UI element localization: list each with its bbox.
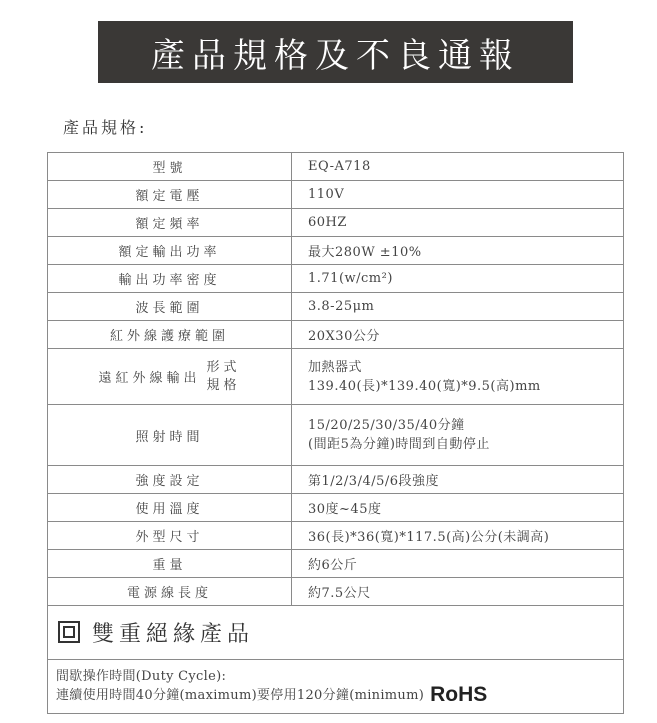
page-title-banner: 產品規格及不良通報 xyxy=(98,21,573,83)
table-row: 波長範圍 3.8-25μm xyxy=(48,293,624,321)
spec-value: 約7.5公尺 xyxy=(292,578,624,606)
spec-value: 約6公斤 xyxy=(292,550,624,578)
table-row: 強度設定 第1/2/3/4/5/6段強度 xyxy=(48,466,624,494)
table-row: 額定電壓 110V xyxy=(48,181,624,209)
spec-key: 額定輸出功率 xyxy=(48,237,292,265)
table-row-irradiation: 照射時間 15/20/25/30/35/40分鐘 (間距5為分鐘)時間到自動停止 xyxy=(48,405,624,466)
spec-key: 照射時間 xyxy=(48,405,292,466)
irradiation-options: 15/20/25/30/35/40分鐘 xyxy=(308,416,623,435)
spec-key: 使用溫度 xyxy=(48,494,292,522)
spec-value: 30度~45度 xyxy=(292,494,624,522)
insulation-cell: 雙重絕緣產品 xyxy=(48,606,624,660)
spec-key: 紅外線護療範圍 xyxy=(48,321,292,349)
spec-value: 60HZ xyxy=(292,209,624,237)
spec-key: 強度設定 xyxy=(48,466,292,494)
duty-cycle-detail: 連續使用時間40分鐘(maximum)要停用120分鐘(minimum) xyxy=(56,688,424,703)
spec-key: 輸出功率密度 xyxy=(48,265,292,293)
table-row: 紅外線護療範圍 20X30公分 xyxy=(48,321,624,349)
rohs-badge: RoHS xyxy=(430,683,487,706)
table-row: 額定輸出功率 最大280W ±10% xyxy=(48,237,624,265)
irradiation-note: (間距5為分鐘)時間到自動停止 xyxy=(308,435,623,454)
spec-key: 波長範圍 xyxy=(48,293,292,321)
spec-key: 型號 xyxy=(48,153,292,181)
spec-key: 重量 xyxy=(48,550,292,578)
spec-value: 20X30公分 xyxy=(292,321,624,349)
spec-value: 15/20/25/30/35/40分鐘 (間距5為分鐘)時間到自動停止 xyxy=(292,405,624,466)
spec-key: 額定電壓 xyxy=(48,181,292,209)
duty-cycle-title: 間歇操作時間(Duty Cycle): xyxy=(56,668,623,686)
table-row: 重量 約6公斤 xyxy=(48,550,624,578)
duty-cycle-cell: 間歇操作時間(Duty Cycle): 連續使用時間40分鐘(maximum)要… xyxy=(48,660,624,714)
spec-table: 型號 EQ-A718 額定電壓 110V 額定頻率 60HZ 額定輸出功率 最大… xyxy=(47,152,624,714)
far-infrared-subkey-type: 形式 xyxy=(207,359,241,377)
table-row: 輸出功率密度 1.71(w/cm²) xyxy=(48,265,624,293)
table-row-far-infrared: 遠紅外線輸出 形式 規格 加熱器式 139.40(長)*139.40(寬)*9.… xyxy=(48,349,624,405)
spec-value: 36(長)*36(寬)*117.5(高)公分(未調高) xyxy=(292,522,624,550)
table-row: 電源線長度 約7.5公尺 xyxy=(48,578,624,606)
insulation-label: 雙重絕緣產品 xyxy=(92,622,254,647)
spec-key: 外型尺寸 xyxy=(48,522,292,550)
table-row-duty-cycle: 間歇操作時間(Duty Cycle): 連續使用時間40分鐘(maximum)要… xyxy=(48,660,624,714)
spec-key: 遠紅外線輸出 形式 規格 xyxy=(48,349,292,405)
spec-value: 110V xyxy=(292,181,624,209)
table-row-insulation: 雙重絕緣產品 xyxy=(48,606,624,660)
table-row: 外型尺寸 36(長)*36(寬)*117.5(高)公分(未調高) xyxy=(48,522,624,550)
table-row: 使用溫度 30度~45度 xyxy=(48,494,624,522)
far-infrared-type: 加熱器式 xyxy=(308,358,623,377)
far-infrared-spec: 139.40(長)*139.40(寬)*9.5(高)mm xyxy=(308,377,623,396)
spec-value: 第1/2/3/4/5/6段強度 xyxy=(292,466,624,494)
spec-key: 額定頻率 xyxy=(48,209,292,237)
double-insulation-icon xyxy=(58,621,80,643)
spec-value: 3.8-25μm xyxy=(292,293,624,321)
far-infrared-subkey-spec: 規格 xyxy=(207,377,241,395)
page-title: 產品規格及不良通報 xyxy=(151,28,520,77)
spec-value: 加熱器式 139.40(長)*139.40(寬)*9.5(高)mm xyxy=(292,349,624,405)
far-infrared-key: 遠紅外線輸出 xyxy=(98,367,200,386)
spec-value: 1.71(w/cm²) xyxy=(292,265,624,293)
spec-key: 電源線長度 xyxy=(48,578,292,606)
spec-value: 最大280W ±10% xyxy=(292,237,624,265)
section-label: 產品規格: xyxy=(63,115,147,138)
table-row: 型號 EQ-A718 xyxy=(48,153,624,181)
table-row: 額定頻率 60HZ xyxy=(48,209,624,237)
spec-value: EQ-A718 xyxy=(292,153,624,181)
